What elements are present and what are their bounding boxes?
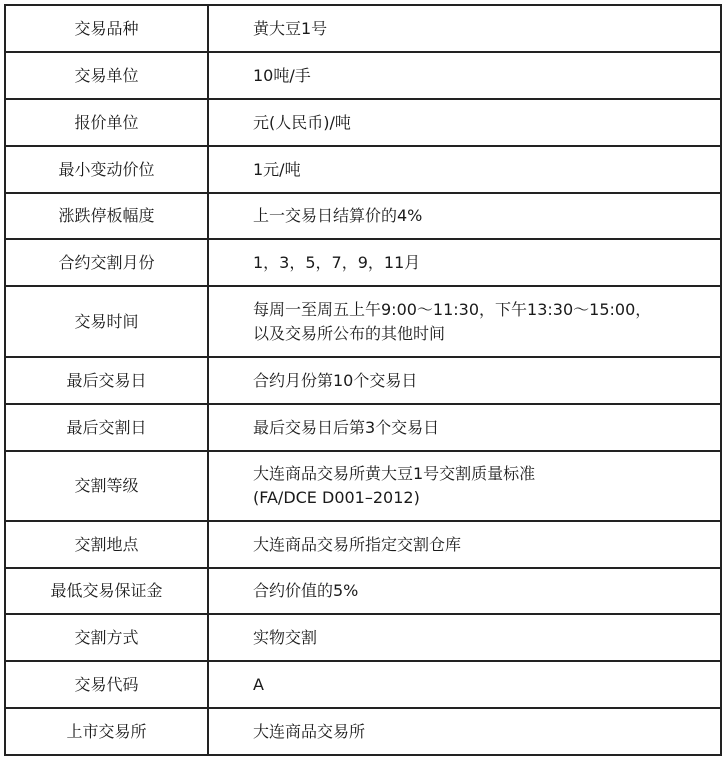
- table-row: 交易单位10吨/手: [5, 52, 721, 99]
- value-line: (FA/DCE D001–2012): [253, 486, 720, 510]
- row-value: 大连商品交易所黄大豆1号交割质量标准 (FA/DCE D001–2012): [208, 451, 721, 521]
- value-line: 大连商品交易所黄大豆1号交割质量标准: [253, 462, 720, 486]
- value-line: 合约月份第10个交易日: [253, 369, 720, 393]
- row-value: 10吨/手: [208, 52, 721, 99]
- table-row: 涨跌停板幅度上一交易日结算价的4%: [5, 193, 721, 239]
- row-value: 大连商品交易所指定交割仓库: [208, 521, 721, 568]
- row-value: 实物交割: [208, 614, 721, 661]
- value-line: 元(人民币)/吨: [253, 111, 720, 135]
- value-line: 大连商品交易所指定交割仓库: [253, 533, 720, 557]
- table-row: 最后交割日最后交易日后第3个交易日: [5, 404, 721, 451]
- table-row: 交割方式实物交割: [5, 614, 721, 661]
- table-row: 合约交割月份1，3，5，7，9，11月: [5, 239, 721, 286]
- contract-spec-table: 交易品种黄大豆1号交易单位10吨/手报价单位元(人民币)/吨最小变动价位1元/吨…: [4, 4, 722, 756]
- table-row: 上市交易所大连商品交易所: [5, 708, 721, 755]
- row-value: A: [208, 661, 721, 708]
- value-line: 1元/吨: [253, 158, 720, 182]
- row-label: 涨跌停板幅度: [5, 193, 208, 239]
- row-label: 交易单位: [5, 52, 208, 99]
- row-label: 最小变动价位: [5, 146, 208, 193]
- row-value: 上一交易日结算价的4%: [208, 193, 721, 239]
- row-label: 交易品种: [5, 5, 208, 52]
- row-value: 每周一至周五上午9:00～11:30，下午13:30～15:00，以及交易所公布…: [208, 286, 721, 357]
- row-label: 交割地点: [5, 521, 208, 568]
- row-label: 合约交割月份: [5, 239, 208, 286]
- row-value: 1元/吨: [208, 146, 721, 193]
- table-row: 交易品种黄大豆1号: [5, 5, 721, 52]
- value-line: 上一交易日结算价的4%: [253, 204, 720, 228]
- table-body: 交易品种黄大豆1号交易单位10吨/手报价单位元(人民币)/吨最小变动价位1元/吨…: [5, 5, 721, 755]
- row-label: 最后交割日: [5, 404, 208, 451]
- value-line: 每周一至周五上午9:00～11:30，下午13:30～15:00，: [253, 298, 720, 322]
- row-value: 大连商品交易所: [208, 708, 721, 755]
- row-label: 交割等级: [5, 451, 208, 521]
- value-line: 黄大豆1号: [253, 17, 720, 41]
- table-row: 交割等级大连商品交易所黄大豆1号交割质量标准 (FA/DCE D001–2012…: [5, 451, 721, 521]
- row-label: 交易时间: [5, 286, 208, 357]
- row-value: 最后交易日后第3个交易日: [208, 404, 721, 451]
- table-row: 最小变动价位1元/吨: [5, 146, 721, 193]
- value-line: 大连商品交易所: [253, 720, 720, 744]
- row-value: 合约月份第10个交易日: [208, 357, 721, 404]
- row-label: 报价单位: [5, 99, 208, 146]
- value-line: 1，3，5，7，9，11月: [253, 251, 720, 275]
- row-value: 元(人民币)/吨: [208, 99, 721, 146]
- value-line: 最后交易日后第3个交易日: [253, 416, 720, 440]
- table-row: 交割地点大连商品交易所指定交割仓库: [5, 521, 721, 568]
- table-row: 最低交易保证金合约价值的5%: [5, 568, 721, 614]
- table-row: 交易时间每周一至周五上午9:00～11:30，下午13:30～15:00，以及交…: [5, 286, 721, 357]
- row-label: 交割方式: [5, 614, 208, 661]
- table-row: 报价单位元(人民币)/吨: [5, 99, 721, 146]
- value-line: 实物交割: [253, 626, 720, 650]
- row-label: 最后交易日: [5, 357, 208, 404]
- table-row: 最后交易日合约月份第10个交易日: [5, 357, 721, 404]
- row-label: 上市交易所: [5, 708, 208, 755]
- row-value: 合约价值的5%: [208, 568, 721, 614]
- row-label: 最低交易保证金: [5, 568, 208, 614]
- value-line: 合约价值的5%: [253, 579, 720, 603]
- value-line: 以及交易所公布的其他时间: [253, 322, 720, 346]
- row-value: 1，3，5，7，9，11月: [208, 239, 721, 286]
- value-line: 10吨/手: [253, 64, 720, 88]
- table-row: 交易代码A: [5, 661, 721, 708]
- row-value: 黄大豆1号: [208, 5, 721, 52]
- row-label: 交易代码: [5, 661, 208, 708]
- value-line: A: [253, 673, 720, 697]
